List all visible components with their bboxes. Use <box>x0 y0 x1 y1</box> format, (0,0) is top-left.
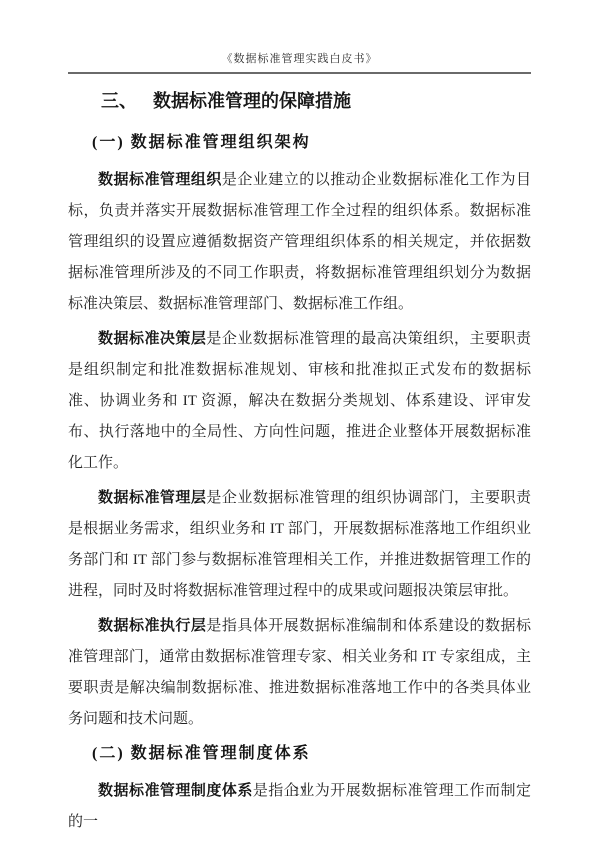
paragraph-management-layer: 数据标准管理层是企业数据标准管理的组织协调部门，主要职责是根据业务需求，组织业务… <box>68 483 531 607</box>
document-page: 《数据标准管理实践白皮书》 三、数据标准管理的保障措施 (一) 数据标准管理组织… <box>0 0 600 848</box>
paragraph-text: 是指具体开展数据标准编制和体系建设的数据标准管理部门，通常由数据标准管理专家、相… <box>68 618 531 727</box>
chapter-number: 三、 <box>101 91 137 111</box>
chapter-title: 数据标准管理的保障措施 <box>153 91 351 111</box>
paragraph-lead: 数据标准管理层 <box>98 490 206 506</box>
page-number: 17 <box>294 783 307 798</box>
running-header: 《数据标准管理实践白皮书》 <box>68 0 531 74</box>
section-heading-2-label: (二) 数据标准管理制度体系 <box>92 745 311 762</box>
paragraph-lead: 数据标准决策层 <box>98 331 206 347</box>
paragraph-text: 是企业数据标准管理的组织协调部门，主要职责是根据业务需求，组织业务和 IT 部门… <box>68 490 531 599</box>
paragraph-decision-layer: 数据标准决策层是企业数据标准管理的最高决策组织，主要职责是组织制定和批准数据标准… <box>68 324 531 479</box>
running-header-title: 《数据标准管理实践白皮书》 <box>222 53 378 65</box>
section-heading-1: (一) 数据标准管理组织架构 <box>68 132 531 154</box>
page-footer: 17 <box>0 783 600 799</box>
paragraph-text: 是企业建立的以推动企业数据标准化工作为目标，负责并落实开展数据标准管理工作全过程… <box>68 172 531 312</box>
document-content: 《数据标准管理实践白皮书》 三、数据标准管理的保障措施 (一) 数据标准管理组织… <box>68 0 531 838</box>
paragraph-org-overview: 数据标准管理组织是企业建立的以推动企业数据标准化工作为目标，负责并落实开展数据标… <box>68 165 531 320</box>
paragraph-lead: 数据标准执行层 <box>98 618 206 634</box>
paragraph-text: 是企业数据标准管理的最高决策组织，主要职责是组织制定和批准数据标准规划、审核和批… <box>68 331 531 471</box>
section-heading-2: (二) 数据标准管理制度体系 <box>68 743 531 765</box>
section-heading-1-label: (一) 数据标准管理组织架构 <box>92 134 311 151</box>
paragraph-lead: 数据标准管理组织 <box>98 172 222 188</box>
chapter-heading: 三、数据标准管理的保障措施 <box>68 90 531 112</box>
paragraph-execution-layer: 数据标准执行层是指具体开展数据标准编制和体系建设的数据标准管理部门，通常由数据标… <box>68 611 531 735</box>
